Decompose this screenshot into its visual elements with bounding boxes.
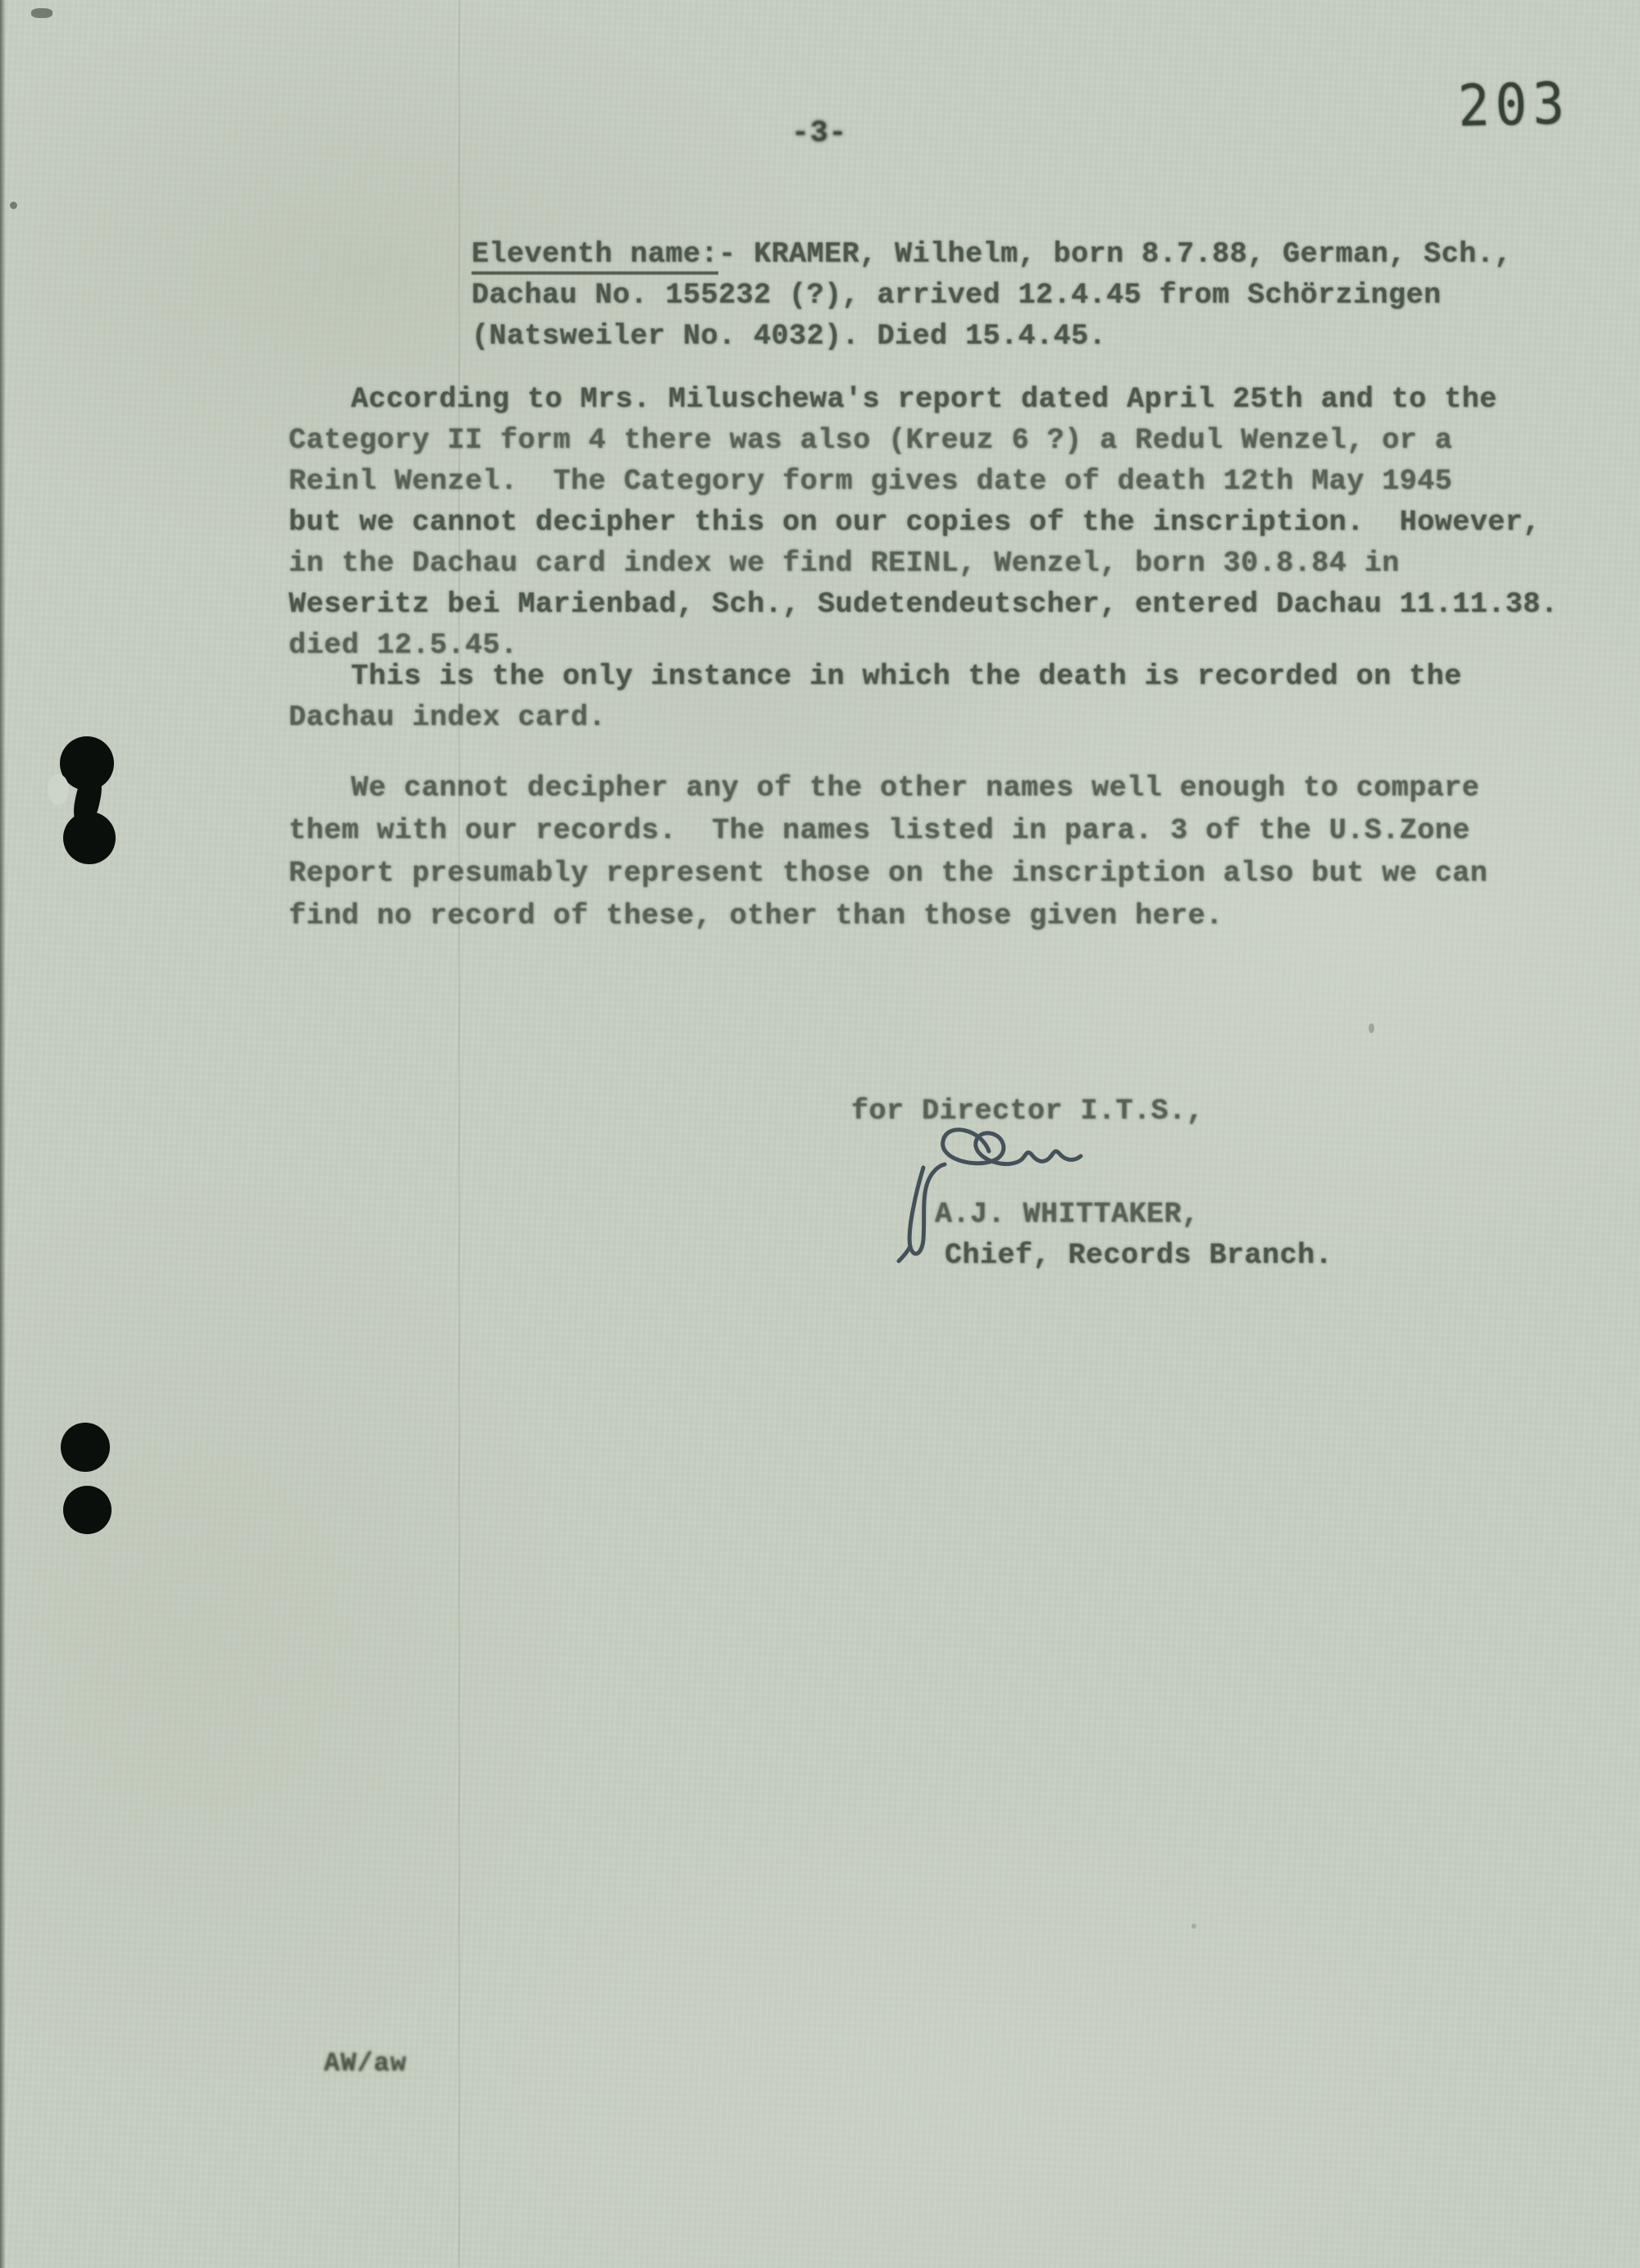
- paragraph-line: Report presumably represent those on the…: [289, 853, 1487, 894]
- paragraph-line: them with our records. The names listed …: [289, 810, 1470, 851]
- scan-edge-shadow: [0, 0, 6, 2268]
- entry-heading: Eleventh name:: [471, 238, 718, 275]
- paragraph-line: We cannot decipher any of the other name…: [289, 767, 1479, 808]
- entry-heading-rest: - KRAMER, Wilhelm, born 8.7.88, German, …: [718, 238, 1512, 271]
- entry-line: (Natsweiler No. 4032). Died 15.4.45.: [471, 316, 1106, 357]
- ink-speck: [1191, 1924, 1196, 1929]
- entry-line: Eleventh name:- KRAMER, Wilhelm, born 8.…: [471, 234, 1512, 275]
- signature-typed-name: A.J. WHITTAKER,: [935, 1194, 1200, 1235]
- entry-line: Dachau No. 155232 (?), arrived 12.4.45 f…: [471, 275, 1442, 316]
- typist-initials: AW/aw: [324, 2043, 407, 2084]
- paragraph-line: in the Dachau card index we find REINL, …: [289, 543, 1400, 584]
- document-page: -3- 203 Eleventh name:- KRAMER, Wilhelm,…: [0, 0, 1640, 2268]
- page-number: -3-: [791, 113, 847, 154]
- paragraph-line: Dachau index card.: [289, 697, 606, 738]
- paragraph-line: Category II form 4 there was also (Kreuz…: [289, 420, 1452, 461]
- paragraph-line: This is the only instance in which the d…: [289, 656, 1462, 697]
- punch-hole-mark: [63, 1486, 112, 1534]
- paper-crease: [458, 0, 460, 2268]
- punch-hole-notch: [48, 774, 69, 805]
- ink-speck: [31, 8, 52, 18]
- paragraph-line: According to Mrs. Miluschewa's report da…: [289, 379, 1497, 420]
- punch-hole-mark: [61, 1423, 110, 1472]
- paragraph-line: Reinl Wenzel. The Category form gives da…: [289, 461, 1452, 502]
- paragraph-line: but we cannot decipher this on our copie…: [289, 502, 1541, 543]
- signature-title: Chief, Records Branch.: [945, 1235, 1332, 1276]
- paragraph-line: Weseritz bei Marienbad, Sch., Sudetendeu…: [289, 584, 1558, 625]
- ink-speck: [10, 202, 17, 209]
- ink-speck: [1369, 1023, 1374, 1033]
- paragraph-line: find no record of these, other than thos…: [289, 895, 1223, 936]
- archive-stamp-number: 203: [1457, 82, 1570, 130]
